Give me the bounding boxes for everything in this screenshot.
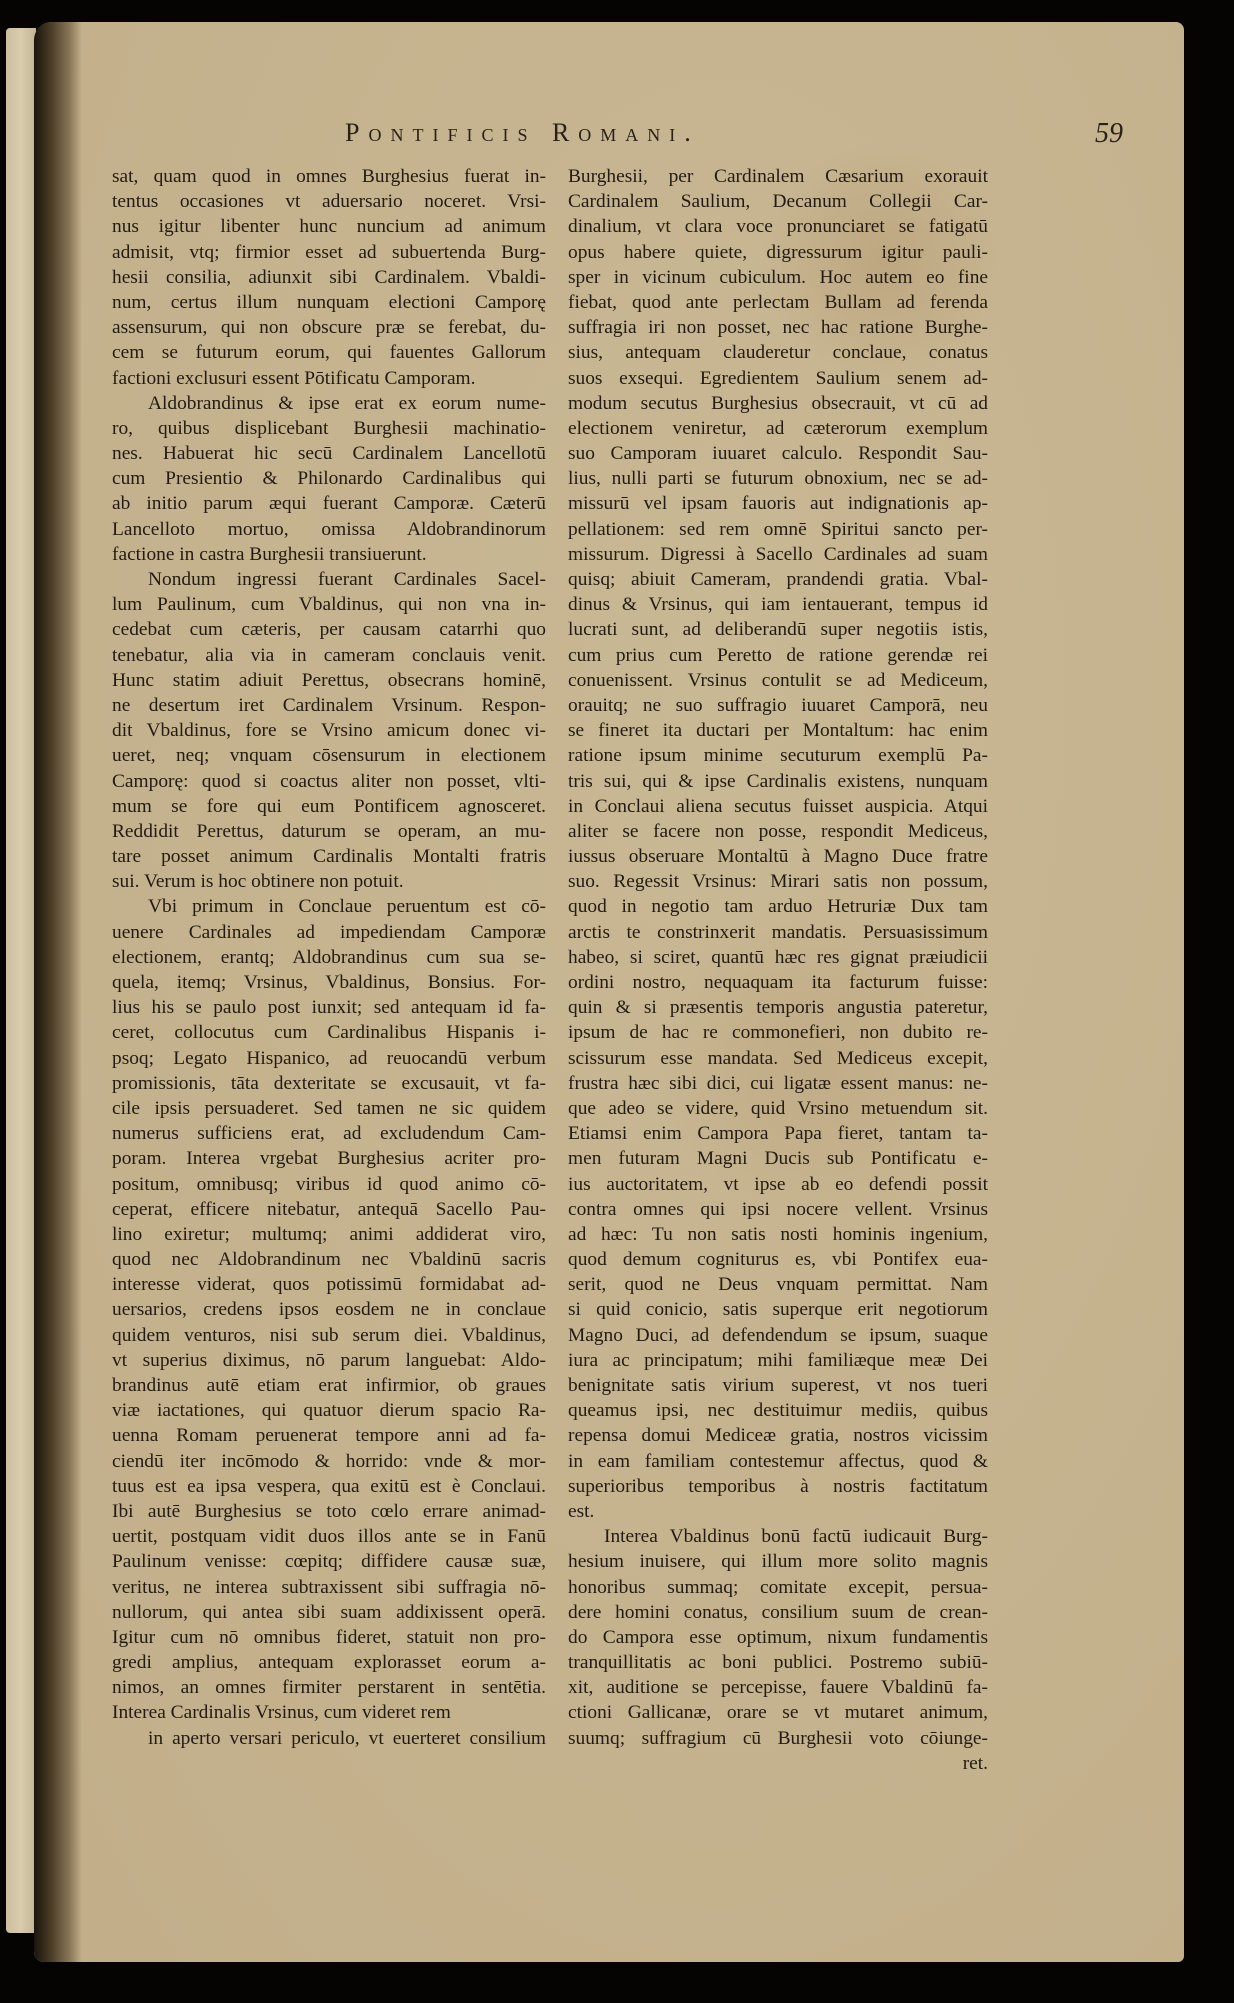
text-line: uenna Romam peruenerat tempore anni ad f… [112,1423,546,1448]
text-line: quod nec Aldobrandinum nec Vbaldinū sacr… [112,1247,546,1272]
page-gutter-shadow [34,22,82,1962]
text-line: repensa domui Mediceæ gratia, nostros vi… [568,1423,988,1448]
text-line: nullorum, qui antea sibi suam addixissen… [112,1600,546,1625]
text-line: ro, quibus displicebant Burghesii machin… [112,416,546,441]
text-line: superioribus temporibus à nostris factit… [568,1474,988,1499]
text-line: positum, omnibusq; viribus id quod animo… [112,1172,546,1197]
text-line: gredi amplius, antequam explorasset eoru… [112,1650,546,1675]
text-line: conuenissent. Vrsinus contulit se ad Med… [568,668,988,693]
text-line: cedebat cum cæteris, per causam catarrhi… [112,617,546,642]
text-line: ceret, collocutus cum Cardinalibus Hispa… [112,1020,546,1045]
text-line: cem se futurum eorum, qui fauentes Gallo… [112,340,546,365]
text-line: frustra hæc sibi dici, cui ligatæ essent… [568,1071,988,1096]
text-line: aliter se facere non posse, respondit Me… [568,819,988,844]
text-line: pellationem: sed rem omnē Spiritui sanct… [568,517,988,542]
running-title: Pontificis Romani. [345,118,700,148]
text-line: hesium inuisere, qui illum more solito m… [568,1549,988,1574]
text-line: est. [568,1499,988,1524]
text-line: sius, antequam clauderetur conclaue, con… [568,340,988,365]
text-line: ctioni Gallicanæ, orare se vt mutaret an… [568,1700,988,1725]
text-line: quod in negotio tam arduo Hetruriæ Dux t… [568,894,988,919]
text-line: electionem, erantq; Aldobrandinus cum su… [112,945,546,970]
text-line: lino exiretur; multumq; animi addiderat … [112,1222,546,1247]
text-line: Magno Duci, ad defendendum se ipsum, sua… [568,1323,988,1348]
text-column-left: sat, quam quod in omnes Burghesius fuera… [112,164,546,1751]
text-line: veritus, ne interea subtraxissent sibi s… [112,1575,546,1600]
text-line: ciendū iter incōmodo & horrido: vnde & m… [112,1449,546,1474]
text-line: Hunc statim adiuit Perettus, obsecrans h… [112,668,546,693]
text-line: psoq; Legato Hispanico, ad reuocandū ver… [112,1046,546,1071]
text-line: quela, itemq; Vrsinus, Vbaldinus, Bonsiu… [112,970,546,995]
text-line: tare posset animum Cardinalis Montalti f… [112,844,546,869]
text-line: lum Paulinum, cum Vbaldinus, qui non vna… [112,592,546,617]
text-line: ret. [568,1751,988,1776]
text-line: hesii consilia, adiunxit sibi Cardinalem… [112,265,546,290]
text-line: modum secutus Burghesius obsecrauit, vt … [568,391,988,416]
text-line: brandinus autē etiam erat infirmior, ob … [112,1373,546,1398]
text-line: suo Camporam iuuaret calculo. Respondit … [568,441,988,466]
text-line: ueret, neq; vnquam cōsensurum in electio… [112,743,546,768]
text-line: Etiamsi enim Campora Papa fieret, tantam… [568,1121,988,1146]
text-line: serit, quod ne Deus vnquam permittat. Na… [568,1272,988,1297]
text-line: Vbi primum in Conclaue peruentum est cō- [112,894,546,919]
text-line: tentus occasiones vt aduersario noceret.… [112,189,546,214]
text-line: ad hæc: Tu non satis nosti hominis ingen… [568,1222,988,1247]
text-line: admisit, vtq; firmior esset ad subuerten… [112,240,546,265]
text-line: dinus & Vrsinus, qui iam ientauerant, te… [568,592,988,617]
text-line: poram. Interea vrgebat Burghesius acrite… [112,1146,546,1171]
text-line: suumq; suffragium cū Burghesii voto cōiu… [568,1726,988,1751]
text-line: Lancelloto mortuo, omissa Aldobrandinoru… [112,517,546,542]
text-line: cile ipsis persuaderet. Sed tamen ne sic… [112,1096,546,1121]
text-line: sper in vicinum cubiculum. Hoc autem eo … [568,265,988,290]
text-line: Interea Vbaldinus bonū factū iudicauit B… [568,1524,988,1549]
text-column-right: Burghesii, per Cardinalem Cæsarium exora… [568,164,988,1776]
text-line: benignitate satis virium superest, vt no… [568,1373,988,1398]
text-line: uertit, postquam vidit duos illos ante s… [112,1524,546,1549]
text-line: ius auctoritatem, vt ipse ab eo defendi … [568,1172,988,1197]
text-line: assensurum, qui non obscure præ se fereb… [112,315,546,340]
text-line: ne desertum iret Cardinalem Vrsinum. Res… [112,693,546,718]
text-line: tris sui, qui & ipse Cardinalis existens… [568,769,988,794]
text-line: quisq; abiuit Cameram, prandendi gratia.… [568,567,988,592]
text-line: sat, quam quod in omnes Burghesius fuera… [112,164,546,189]
text-line: do Campora esse optimum, nixum fundament… [568,1625,988,1650]
text-line: suffragia iri non posset, nec hac ration… [568,315,988,340]
text-line: dinalium, vt clara voce pronunciaret se … [568,214,988,239]
text-line: lius, nulli parti se futurum obnoxium, n… [568,466,988,491]
text-line: missurum. Digressi à Sacello Cardinales … [568,542,988,567]
text-line: interesse viderat, quos potissimū formid… [112,1272,546,1297]
text-line: cum prius cum Peretto de ratione gerendæ… [568,643,988,668]
text-line: lucrati sunt, ad deliberandū super negot… [568,617,988,642]
text-line: suos exsequi. Egredientem Saulium senem … [568,366,988,391]
text-line: iura ac principatum; mihi familiæque meæ… [568,1348,988,1373]
flyleaf-edge [6,28,36,1933]
text-line: in aperto versari periculo, vt euerteret… [112,1726,546,1751]
text-line: dit Vbaldinus, fore se Vrsino amicum don… [112,718,546,743]
page-number: 59 [1095,118,1123,150]
text-line: tuus est ea ipsa vespera, qua exitū est … [112,1474,546,1499]
text-line: ceperat, efficere nitebatur, antequā Sac… [112,1197,546,1222]
text-line: ordini nostro, nequaquam ita facturum fu… [568,970,988,995]
text-line: que adeo se videre, quid Vrsino metuendu… [568,1096,988,1121]
text-line: Interea Cardinalis Vrsinus, cum videret … [112,1700,546,1725]
text-line: mum se fore qui eum Pontificem agnoscere… [112,794,546,819]
text-line: missurū vel ipsam fauoris aut indignatio… [568,491,988,516]
text-line: uenere Cardinales ad impediendam Camporæ [112,920,546,945]
text-line: habeo, si sciret, quantū hæc res gignat … [568,945,988,970]
text-line: Reddidit Perettus, daturum se operam, an… [112,819,546,844]
text-line: contra omnes qui ipsi nocere vellent. Vr… [568,1197,988,1222]
text-line: scissurum esse mandata. Sed Mediceus exc… [568,1046,988,1071]
text-line: promissionis, tāta dexteritate se excusa… [112,1071,546,1096]
page-header: Pontificis Romani. 59 [345,118,1145,158]
text-line: se fineret ita ductari per Montaltum: ha… [568,718,988,743]
text-line: quod demum cogniturus es, vbi Pontifex e… [568,1247,988,1272]
text-line: factioni exclusuri essent Pōtificatu Cam… [112,366,546,391]
text-line: fiebat, quod ante perlectam Bullam ad fe… [568,290,988,315]
text-line: queamus ipsi, nec destituimur mediis, qu… [568,1398,988,1423]
text-line: orauitq; ne suo suffragio iuuaret Campor… [568,693,988,718]
text-line: nes. Habuerat hic secū Cardinalem Lancel… [112,441,546,466]
text-line: vt superius diximus, nō parum languebat:… [112,1348,546,1373]
text-line: numerus sufficiens erat, ad excludendum … [112,1121,546,1146]
text-line: electionem veniretur, ad cæterorum exemp… [568,416,988,441]
text-line: Aldobrandinus & ipse erat ex eorum nume- [112,391,546,416]
text-line: xit, auditione se percepisse, fauere Vba… [568,1675,988,1700]
text-line: Igitur cum nō omnibus fideret, statuit n… [112,1625,546,1650]
text-line: quin & si præsentis temporis angustia pa… [568,995,988,1020]
text-line: suo. Regessit Vrsinus: Mirari satis non … [568,869,988,894]
text-line: cum Presientio & Philonardo Cardinalibus… [112,466,546,491]
text-line: viæ iactationes, qui quatuor dierum spac… [112,1398,546,1423]
text-line: dere homini conatus, consilium suum de c… [568,1600,988,1625]
text-line: tranquillitatis ac boni publici. Postrem… [568,1650,988,1675]
text-line: Paulinum venisse: cœpitq; diffidere caus… [112,1549,546,1574]
text-line: honoribus summaq; comitate excepit, pers… [568,1575,988,1600]
text-line: in eam familiam contestemur affectus, qu… [568,1449,988,1474]
text-line: opus habere quiete, digressurum igitur p… [568,240,988,265]
text-line: Ibi autē Burghesius se toto cœlo errare … [112,1499,546,1524]
text-line: men futuram Magni Ducis sub Pontificatu … [568,1146,988,1171]
text-line: in Conclaui aliena secutus fuisset auspi… [568,794,988,819]
text-line: iussus obseruare Montaltū à Magno Duce f… [568,844,988,869]
text-line: Burghesii, per Cardinalem Cæsarium exora… [568,164,988,189]
text-line: factione in castra Burghesii transiuerun… [112,542,546,567]
text-line: quidem venturos, nisi sub serum diei. Vb… [112,1323,546,1348]
text-line: ratione ipsum minime secuturum exemplū P… [568,743,988,768]
text-line: arctis te constrinxerit mandatis. Persua… [568,920,988,945]
text-line: sui. Verum is hoc obtinere non potuit. [112,869,546,894]
text-line: num, certus illum nunquam electioni Camp… [112,290,546,315]
text-line: Cardinalem Saulium, Decanum Collegii Car… [568,189,988,214]
text-line: nimos, an omnes firmiter perstarent in s… [112,1675,546,1700]
text-line: ab initio parum æqui fuerant Camporæ. Cæ… [112,491,546,516]
text-line: Camporę: quod si coactus aliter non poss… [112,769,546,794]
text-line: nus igitur libenter hunc nuncium ad anim… [112,214,546,239]
text-line: si quid conicio, satis superque erit neg… [568,1297,988,1322]
text-line: ipsum de hac re commonefieri, non dubito… [568,1020,988,1045]
text-line: uersarios, credens ipsos eosdem ne in co… [112,1297,546,1322]
text-line: Nondum ingressi fuerant Cardinales Sacel… [112,567,546,592]
text-line: lius his se paulo post iunxit; sed anteq… [112,995,546,1020]
text-line: tenebatur, alia via in cameram conclauis… [112,643,546,668]
